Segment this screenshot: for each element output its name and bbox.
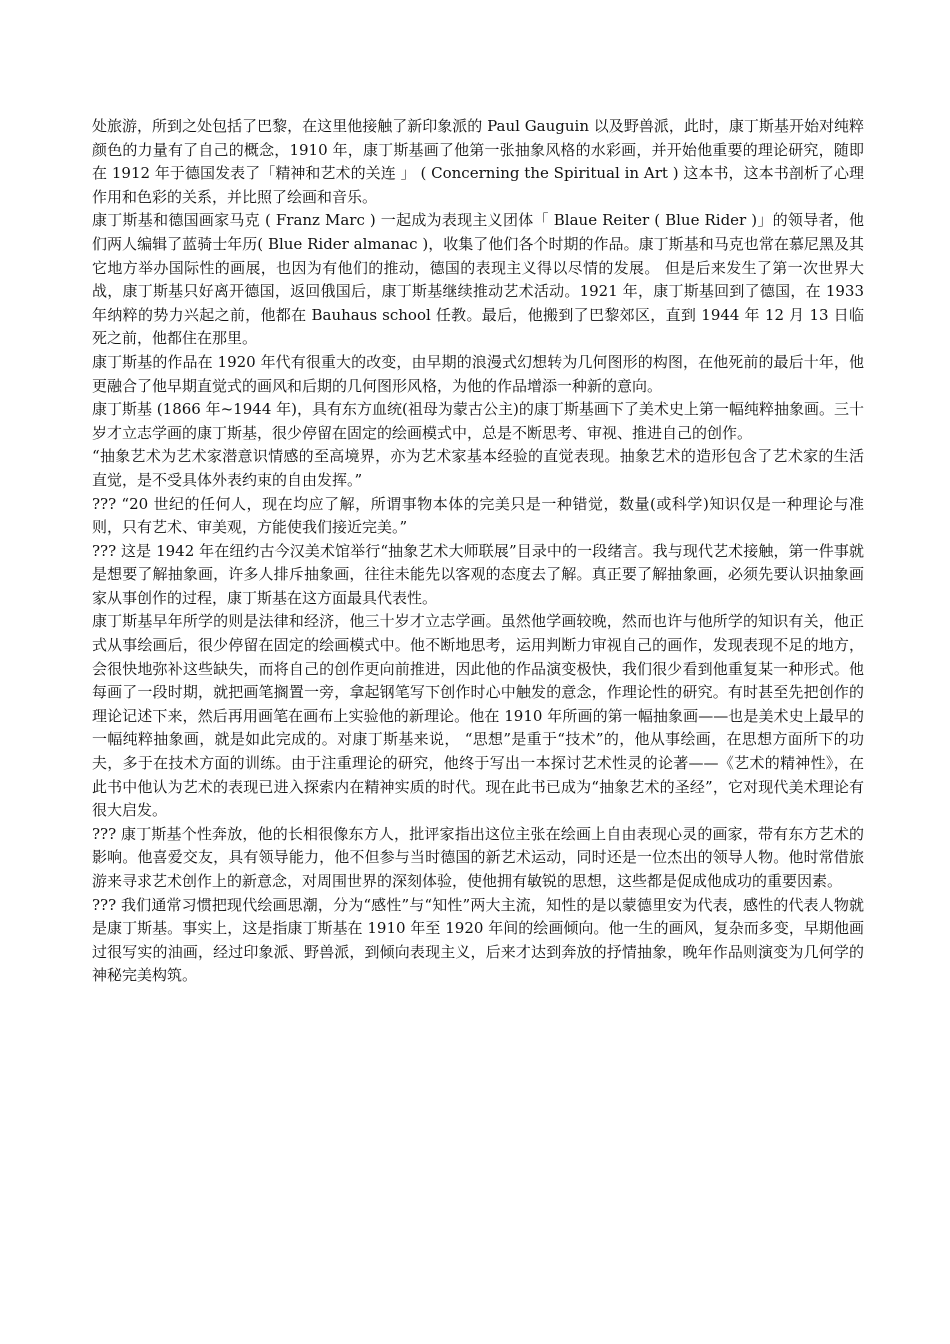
paragraph-early-studies: 康丁斯基早年所学的则是法律和经济，他三十岁才立志学画。虽然他学画较晚，然而也许与… xyxy=(92,610,864,822)
paragraph-1920s-change: 康丁斯基的作品在 1920 年代有很重大的改变，由早期的浪漫式幻想转为几何图形的… xyxy=(92,351,864,398)
document-page: 处旅游，所到之处包括了巴黎，在这里他接触了新印象派的 Paul Gauguin … xyxy=(92,115,864,988)
paragraph-paris-travel: 处旅游，所到之处包括了巴黎，在这里他接触了新印象派的 Paul Gauguin … xyxy=(92,115,864,209)
paragraph-blue-rider: 康丁斯基和德国画家马克 ( Franz Marc ) 一起成为表现主义团体「 B… xyxy=(92,209,864,351)
paragraph-1942-exhibition: ??? 这是 1942 年在纽约古今汉美术馆举行“抽象艺术大师联展”目录中的一段… xyxy=(92,540,864,611)
paragraph-modern-painting-trends: ??? 我们通常习惯把现代绘画思潮，分为“感性”与“知性”两大主流，知性的是以蒙… xyxy=(92,894,864,988)
paragraph-personality: ??? 康丁斯基个性奔放，他的长相很像东方人，批评家指出这位主张在绘画上自由表现… xyxy=(92,823,864,894)
paragraph-quote-abstract-art: “抽象艺术为艺术家潜意识情感的至高境界，亦为艺术家基本经验的直觉表现。抽象艺术的… xyxy=(92,445,864,492)
paragraph-quote-20th-century: ??? “20 世纪的任何人，现在均应了解，所谓事物本体的完美只是一种错觉，数量… xyxy=(92,493,864,540)
paragraph-biography: 康丁斯基 (1866 年~1944 年)，具有东方血统(祖母为蒙古公主)的康丁斯… xyxy=(92,398,864,445)
